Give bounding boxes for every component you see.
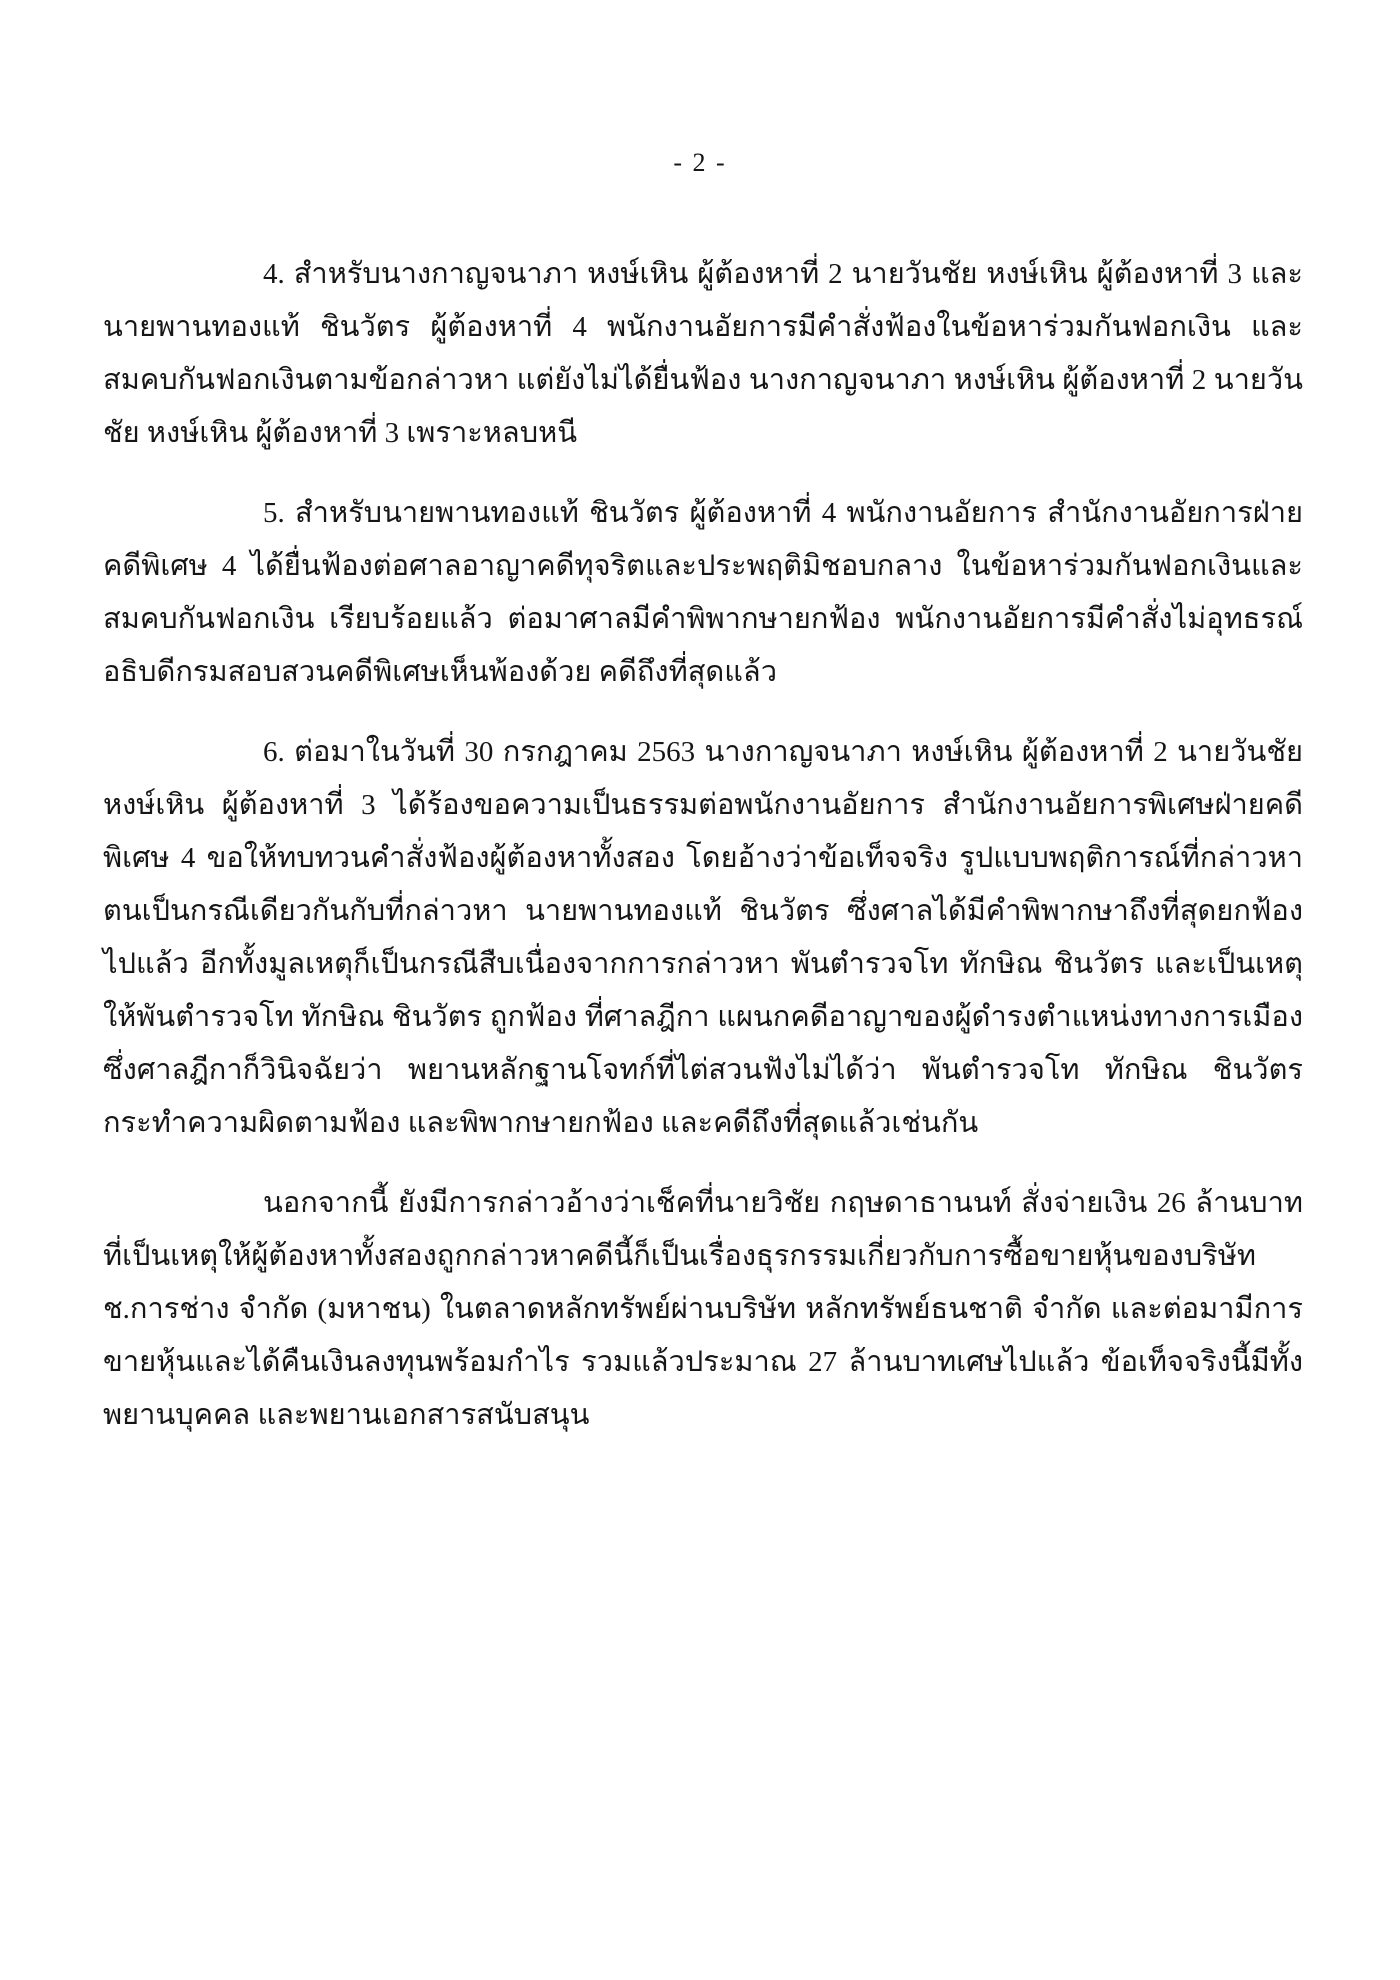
paragraph-6: 6. ต่อมาในวันที่ 30 กรกฎาคม 2563 นางกาญจ… — [103, 726, 1303, 1150]
paragraph-5: 5. สำหรับนายพานทองแท้ ชินวัตร ผู้ต้องหาท… — [103, 487, 1303, 699]
paragraph-additional-note: นอกจากนี้ ยังมีการกล่าวอ้างว่าเช็คที่นาย… — [103, 1177, 1303, 1442]
paragraph-4: 4. สำหรับนางกาญจนาภา หงษ์เหิน ผู้ต้องหาท… — [103, 248, 1303, 460]
document-page: - 2 - 4. สำหรับนางกาญจนาภา หงษ์เหิน ผู้ต… — [0, 0, 1400, 1980]
page-number: - 2 - — [0, 148, 1400, 178]
document-body: 4. สำหรับนางกาญจนาภา หงษ์เหิน ผู้ต้องหาท… — [103, 248, 1303, 1442]
